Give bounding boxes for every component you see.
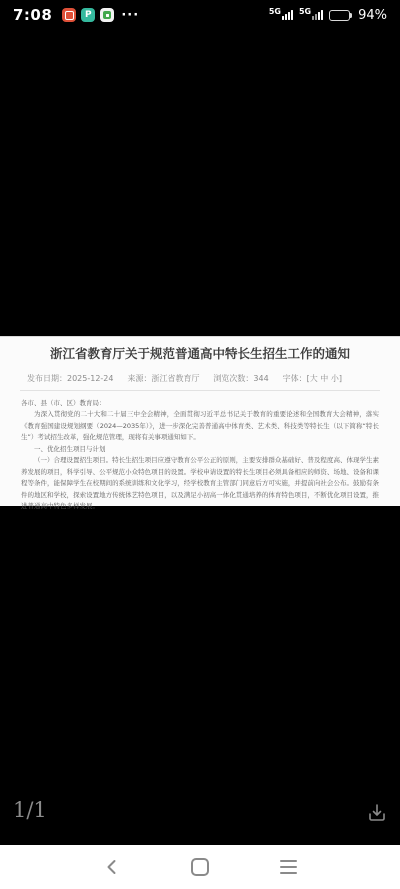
clock-time: 7:08 (13, 6, 52, 24)
salutation: 各市、县（市、区）教育局： (21, 398, 379, 410)
status-bar: 7:08 P ··· 5G 5G 94% (0, 0, 400, 30)
signal-strength-icon-sim2: 5G (299, 10, 323, 20)
signal-bars-icon (282, 10, 293, 20)
section-heading-1: 一、优化招生项目与计划 (21, 444, 379, 456)
network-type-sim2: 5G (299, 7, 311, 16)
status-bar-right: 5G 5G 94% (269, 8, 387, 23)
back-button[interactable] (100, 855, 124, 879)
more-notifications-icon: ··· (121, 8, 139, 23)
download-button[interactable] (363, 799, 391, 827)
recents-menu-button[interactable] (276, 855, 300, 879)
signal-bars-icon (312, 10, 323, 20)
menu-lines-icon (280, 860, 297, 874)
meta-separator (20, 390, 380, 391)
publish-date: 发布日期：2025-12-24 (27, 373, 114, 384)
document-title: 浙江省教育厅关于规范普通高中特长生招生工作的通知 (34, 346, 366, 362)
network-type-sim1: 5G (269, 7, 281, 16)
document-body: 各市、县（市、区）教育局： 为深入贯彻党的二十大和二十届三中全会精神，全面贯彻习… (21, 398, 379, 513)
signal-strength-icon-sim1: 5G (269, 10, 293, 20)
page-indicator: 1/1 (13, 798, 47, 822)
download-icon (365, 801, 389, 825)
document-meta-row: 发布日期：2025-12-24 来源：浙江省教育厅 浏览次数：344 字体：[大… (27, 373, 342, 384)
paragraph-intro: 为深入贯彻党的二十大和二十届三中全会精神，全面贯彻习近平总书记关于教育的重要论述… (21, 409, 379, 444)
battery-icon (329, 10, 350, 21)
notification-app-icon-red (62, 8, 76, 22)
font-size-switcher[interactable]: 字体：[大 中 小] (283, 373, 342, 384)
notification-app-icon-home (100, 8, 114, 22)
source: 来源：浙江省教育厅 (127, 373, 199, 384)
teal-app-p-glyph: P (85, 10, 92, 20)
view-count: 浏览次数：344 (213, 373, 268, 384)
paragraph-section1-item1: （一）合理设置招生项目。特长生招生项目应遵守教育公平公正的原则，主要安排群众基础… (21, 455, 379, 513)
notification-app-icon-teal: P (81, 8, 95, 22)
android-navigation-bar (0, 845, 400, 889)
back-chevron-icon (102, 857, 122, 877)
battery-percent: 94% (358, 8, 387, 23)
home-button[interactable] (188, 855, 212, 879)
red-app-glyph-icon (65, 11, 74, 20)
document-page: 浙江省教育厅关于规范普通高中特长生招生工作的通知 发布日期：2025-12-24… (0, 336, 400, 506)
home-square-icon (191, 858, 209, 876)
green-home-glyph-icon (103, 11, 111, 19)
